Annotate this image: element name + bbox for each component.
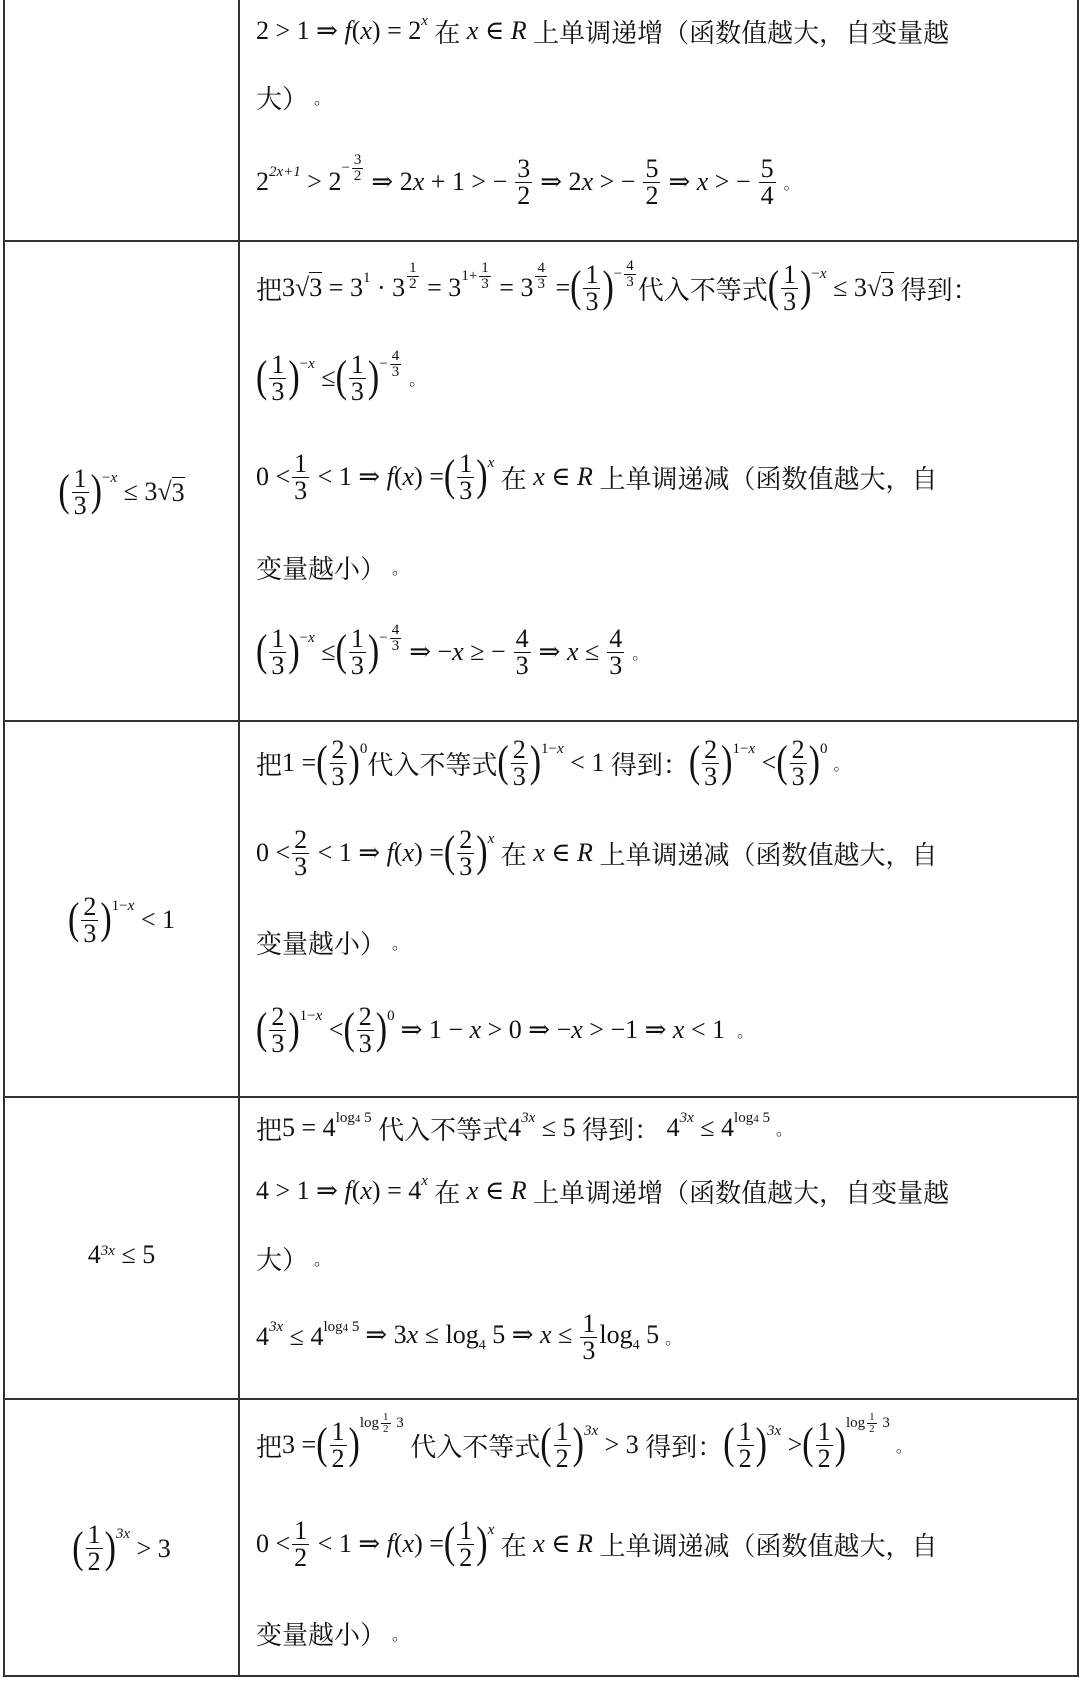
step-line: 0 < 12 < 1 ⇒ f(x) = (12)x 在 x ∈ R 上单调递减（… <box>256 1490 1067 1598</box>
solution-cell: 把 5 = 4log4 5 代入不等式 43x ≤ 5 得到： 43x ≤ 4l… <box>240 1098 1077 1398</box>
step-line: (13)−x ≤ (13)−43 。 <box>256 334 1067 422</box>
inequality-cell: (13)−x ≤ 3√3 <box>5 242 240 720</box>
step-line: 把 3√3 = 31 · 312 = 31+13 = 343 = (13)−43… <box>256 242 1067 334</box>
table-row: (23)1−x < 1 把 1 = (23)0 代入不等式 (23)1−x < … <box>5 722 1077 1098</box>
step-line: 0 < 23 < 1 ⇒ f(x) = (23)x 在 x ∈ R 上单调递减（… <box>256 804 1067 902</box>
solution-cell: 2 > 1 ⇒ f(x) = 2x 在 x ∈ R 上单调递增（函数值越大，自变… <box>240 0 1077 240</box>
step-line: 43x ≤ 4log4 5 ⇒ 3x ≤ log4 5 ⇒ x ≤ 13 log… <box>256 1292 1067 1382</box>
step-line: 0 < 13 < 1 ⇒ f(x) = (13)x 在 x ∈ R 上单调递减（… <box>256 422 1067 532</box>
inequality-cell: (12)3x > 3 <box>5 1400 240 1675</box>
solution-table: 2 > 1 ⇒ f(x) = 2x 在 x ∈ R 上单调递增（函数值越大，自变… <box>3 0 1079 1677</box>
step-line: (13)−x ≤ (13)−43 ⇒ −x ≥ −43 ⇒ x ≤ 43 。 <box>256 602 1067 702</box>
solution-cell: 把 3 = (12) log12 3 代入不等式 (12)3x > 3 得到： … <box>240 1400 1077 1675</box>
step-line: 4 > 1 ⇒ f(x) = 4x 在 x ∈ R 上单调递增（函数值越大，自变… <box>256 1158 1067 1224</box>
solution-cell: 把 1 = (23)0 代入不等式 (23)1−x < 1 得到： (23)1−… <box>240 722 1077 1096</box>
step-line: (23)1−x < (23)0 ⇒ 1 − x > 0 ⇒ −x > −1 ⇒ … <box>256 982 1067 1078</box>
step-line: 大）。 <box>256 62 1067 132</box>
step-line: 变量越小）。 <box>256 532 1067 602</box>
table-row: 43x ≤ 5 把 5 = 4log4 5 代入不等式 43x ≤ 5 得到： … <box>5 1098 1077 1400</box>
step-line: 大）。 <box>256 1224 1067 1292</box>
step-line: 2 > 1 ⇒ f(x) = 2x 在 x ∈ R 上单调递增（函数值越大，自变… <box>256 0 1067 62</box>
solution-cell: 把 3√3 = 31 · 312 = 31+13 = 343 = (13)−43… <box>240 242 1077 720</box>
inequality-cell <box>5 0 240 240</box>
table-row: 2 > 1 ⇒ f(x) = 2x 在 x ∈ R 上单调递增（函数值越大，自变… <box>5 0 1077 242</box>
step-line: 变量越小）。 <box>256 1598 1067 1668</box>
step-line: 变量越小）。 <box>256 902 1067 982</box>
table-row: (13)−x ≤ 3√3 把 3√3 = 31 · 312 = 31+13 = … <box>5 242 1077 722</box>
step-line: 把 5 = 4log4 5 代入不等式 43x ≤ 5 得到： 43x ≤ 4l… <box>256 1098 1067 1158</box>
inequality-cell: 43x ≤ 5 <box>5 1098 240 1398</box>
inequality-cell: (23)1−x < 1 <box>5 722 240 1096</box>
step-line: 把 1 = (23)0 代入不等式 (23)1−x < 1 得到： (23)1−… <box>256 722 1067 804</box>
step-line: 22x+1 > 2−32 ⇒ 2x + 1 > −32 ⇒ 2x > −52 ⇒… <box>256 132 1067 232</box>
table-row: (12)3x > 3 把 3 = (12) log12 3 代入不等式 (12)… <box>5 1400 1077 1677</box>
step-line: 把 3 = (12) log12 3 代入不等式 (12)3x > 3 得到： … <box>256 1400 1067 1490</box>
